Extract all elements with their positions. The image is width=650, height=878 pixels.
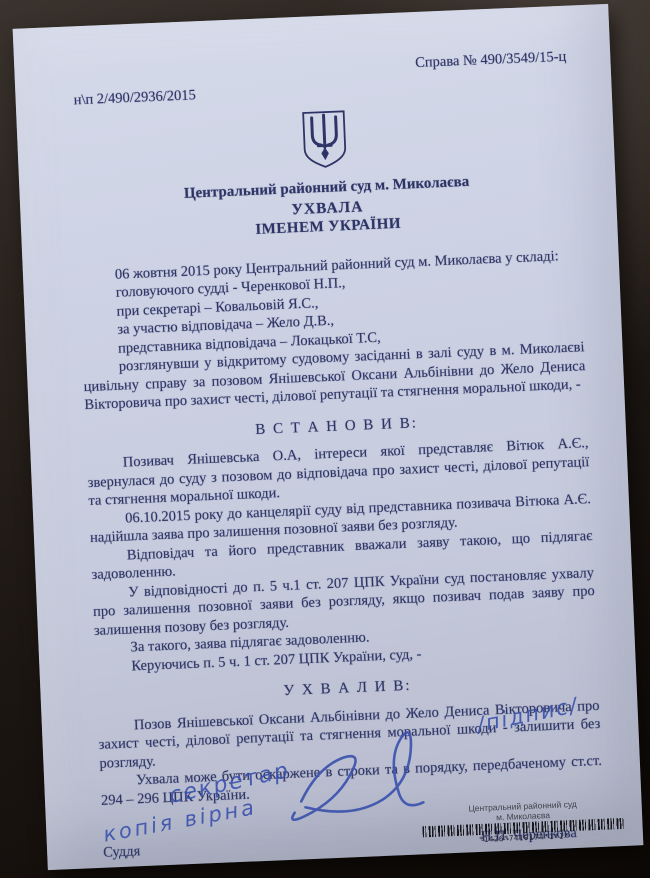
handwritten-pidpys-note: /підпис/ (473, 693, 581, 737)
ukraine-coat-of-arms-icon (299, 108, 350, 172)
secretary-signature-stroke (289, 732, 424, 820)
court-registration-stamp: Центральний районний суд м. Миколаєва *1… (418, 797, 630, 847)
photo-background: Справа № 490/3549/15-ц н\п 2/490/2936/20… (0, 0, 650, 878)
court-document-page: Справа № 490/3549/15-ц н\п 2/490/2936/20… (13, 4, 644, 870)
